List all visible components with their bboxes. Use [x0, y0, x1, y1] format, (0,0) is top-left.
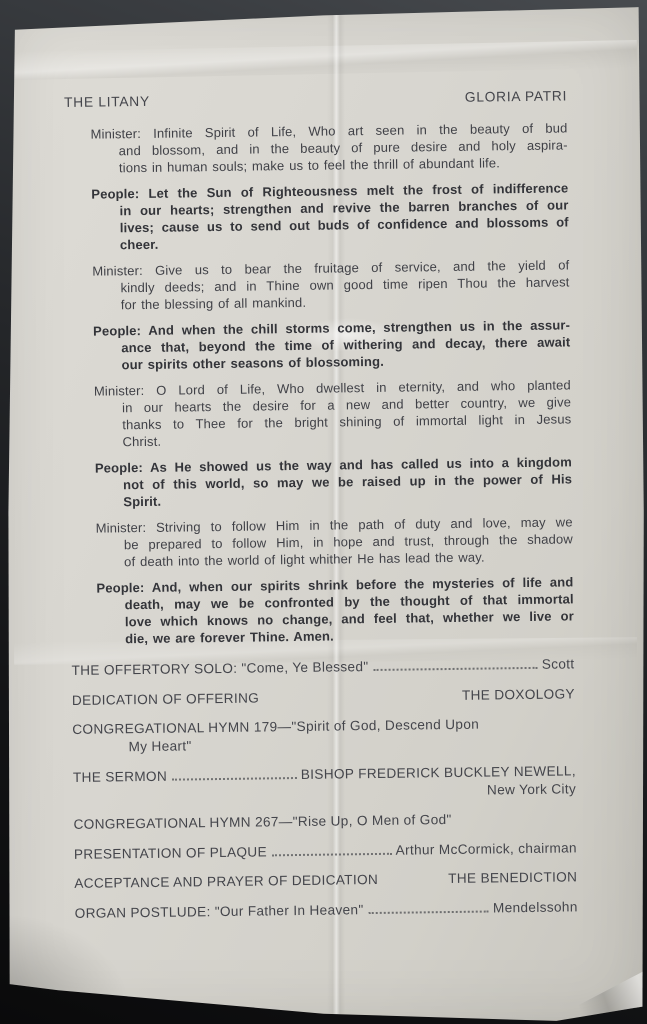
leader-dots: [369, 910, 489, 914]
order-item: CONGREGATIONAL HYMN 267—"Rise Up, O Men …: [73, 809, 576, 834]
order-item-line: ORGAN POSTLUDE: "Our Father In Heaven"Me…: [75, 898, 578, 923]
order-item-left-label: CONGREGATIONAL HYMN 267—"Rise Up, O Men …: [73, 811, 451, 834]
order-item: ORGAN POSTLUDE: "Our Father In Heaven"Me…: [75, 898, 578, 923]
litany-paragraph: People: As He showed us the way and has …: [69, 453, 573, 511]
order-item-left-label: THE SERMON: [73, 767, 167, 786]
order-item-right-label: THE BENEDICTION: [448, 868, 577, 888]
litany-header: THE LITANY GLORIA PATRI: [64, 87, 567, 111]
order-item-line: CONGREGATIONAL HYMN 267—"Rise Up, O Men …: [73, 809, 576, 834]
order-item-line: THE OFFERTORY SOLO: "Come, Ye Blessed"Sc…: [71, 655, 574, 680]
order-item-left-label: THE OFFERTORY SOLO: "Come, Ye Blessed": [71, 658, 368, 680]
litany-section: Minister: Infinite Spirit of Life, Who a…: [64, 119, 574, 648]
order-item-right-label: Arthur McCormick, chairman: [395, 839, 577, 859]
order-item: ACCEPTANCE AND PRAYER OF DEDICATIONTHE B…: [74, 868, 577, 893]
order-item: PRESENTATION OF PLAQUEArthur McCormick, …: [74, 839, 577, 864]
litany-paragraph: People: Let the Sun of Righteousness mel…: [65, 179, 569, 254]
section-title-gloria-patri: GLORIA PATRI: [465, 87, 567, 105]
leader-dots: [172, 777, 297, 781]
section-title-litany: THE LITANY: [64, 93, 150, 111]
order-of-service-section: THE OFFERTORY SOLO: "Come, Ye Blessed"Sc…: [71, 655, 577, 922]
column-spacer: [259, 699, 462, 702]
paper-wrinkle-top: [14, 40, 637, 80]
order-item-left-label: ORGAN POSTLUDE: "Our Father In Heaven": [75, 901, 364, 923]
leader-dots: [374, 667, 538, 671]
page-content: THE LITANY GLORIA PATRI Minister: Infini…: [64, 87, 578, 934]
leader-dots: [272, 852, 392, 856]
order-item: THE OFFERTORY SOLO: "Come, Ye Blessed"Sc…: [71, 655, 574, 680]
litany-paragraph: Minister: Infinite Spirit of Life, Who a…: [64, 119, 568, 177]
litany-paragraph: Minister: O Lord of Life, Who dwellest i…: [68, 376, 572, 451]
litany-paragraph: Minister: Striving to follow Him in the …: [70, 513, 574, 571]
litany-paragraph: People: And, when our spirits shrink bef…: [70, 573, 574, 648]
litany-paragraph: Minister: Give us to bear the fruitage o…: [66, 256, 570, 314]
order-item: CONGREGATIONAL HYMN 179—"Spirit of God, …: [72, 714, 575, 757]
order-item-line: DEDICATION OF OFFERINGTHE DOXOLOGY: [72, 685, 575, 710]
program-page: THE LITANY GLORIA PATRI Minister: Infini…: [0, 0, 647, 1024]
order-item-left-label: PRESENTATION OF PLAQUE: [74, 843, 267, 864]
order-item-right-label: THE DOXOLOGY: [462, 685, 575, 704]
order-item-right-label: Mendelssohn: [493, 898, 578, 917]
order-item-line: ACCEPTANCE AND PRAYER OF DEDICATIONTHE B…: [74, 868, 577, 893]
order-item-right-label: Scott: [542, 655, 575, 673]
litany-paragraph: People: And when the chill storms come, …: [67, 316, 571, 374]
order-item: THE SERMONBISHOP FREDERICK BUCKLEY NEWEL…: [73, 762, 576, 805]
order-item-left-label: ACCEPTANCE AND PRAYER OF DEDICATION: [74, 871, 378, 893]
order-item-line: PRESENTATION OF PLAQUEArthur McCormick, …: [74, 839, 577, 864]
order-item-left-label: DEDICATION OF OFFERING: [72, 689, 259, 709]
column-spacer: [378, 883, 448, 884]
order-item: DEDICATION OF OFFERINGTHE DOXOLOGY: [72, 685, 575, 710]
